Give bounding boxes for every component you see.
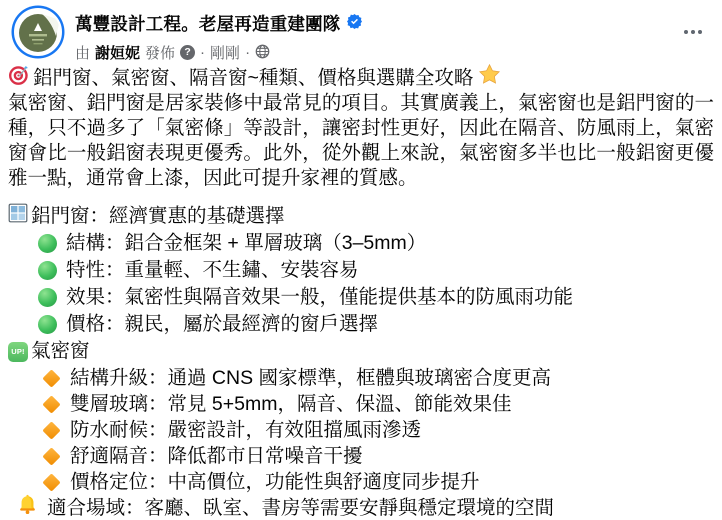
post-title-line: 鋁門窗、氣密窗、隔音窗~種類、價格與選購全攻略 <box>8 65 714 91</box>
dot-separator: · <box>245 44 250 61</box>
list-item-text: 價格定位：中高價位，功能性與舒適度同步提升 <box>70 470 480 495</box>
list-item-text: 防水耐候：嚴密設計，有效阻擋風雨滲透 <box>70 418 421 443</box>
post-byline: 由 謝姮妮 發佈 ? · 剛剛 · <box>75 42 362 63</box>
list-item: 結構：鋁合金框架 + 單層玻璃（3–5mm） <box>8 230 714 257</box>
list-item: 特性：重量輕、不生鏽、安裝容易 <box>8 257 714 284</box>
author-link[interactable]: 謝姮妮 <box>95 42 140 63</box>
orange-diamond-icon <box>42 473 60 491</box>
list-item: 適合場域：客廳、臥室、書房等需要安靜與穩定環境的空間 <box>8 495 714 520</box>
list-item: 雙層玻璃：常見 5+5mm，隔音、保溫、節能效果佳 <box>8 391 714 417</box>
list-item: 結構升級：通過 CNS 國家標準，框體與玻璃密合度更高 <box>8 365 714 391</box>
orange-diamond-icon <box>42 421 60 439</box>
section-aluminum-title: 鋁門窗：經濟實惠的基礎選擇 <box>31 204 285 229</box>
list-item: 價格：親民，屬於最經濟的窗戶選擇 <box>8 311 714 338</box>
green-circle-icon <box>38 288 57 307</box>
orange-diamond-icon <box>42 369 60 387</box>
list-item: 效果：氣密性與隔音效果一般，僅能提供基本的防風雨功能 <box>8 284 714 311</box>
bell-icon <box>17 494 38 520</box>
section-airtight-header: UP! 氣密窗 <box>8 338 714 365</box>
list-item-text: 效果：氣密性與隔音效果一般，僅能提供基本的防風雨功能 <box>66 285 573 310</box>
green-circle-icon <box>38 315 57 334</box>
list-item-text: 特性：重量輕、不生鏽、安裝容易 <box>66 258 359 283</box>
globe-privacy-icon <box>255 44 270 63</box>
page-avatar[interactable] <box>14 8 62 56</box>
window-icon <box>8 203 28 230</box>
verified-badge-icon <box>347 14 362 34</box>
star-icon <box>478 63 501 93</box>
list-item-text: 雙層玻璃：常見 5+5mm，隔音、保溫、節能效果佳 <box>70 392 511 417</box>
list-item: 價格定位：中高價位，功能性與舒適度同步提升 <box>8 469 714 495</box>
byline-prefix: 由 <box>75 42 90 63</box>
orange-diamond-icon <box>42 447 60 465</box>
post-content: 鋁門窗、氣密窗、隔音窗~種類、價格與選購全攻略 氣密窗、鋁門窗是居家裝修中最常見… <box>0 65 722 520</box>
facebook-post: 萬豐設計工程。老屋再造重建團隊 由 謝姮妮 發佈 ? · 剛剛 · <box>0 0 722 520</box>
dartboard-icon <box>8 64 30 93</box>
post-time[interactable]: 剛剛 <box>210 42 240 63</box>
list-item-text: 結構升級：通過 CNS 國家標準，框體與玻璃密合度更高 <box>70 366 551 391</box>
green-circle-icon <box>38 234 57 253</box>
anonymous-badge-icon[interactable]: ? <box>180 45 195 60</box>
header-text: 萬豐設計工程。老屋再造重建團隊 由 謝姮妮 發佈 ? · 剛剛 · <box>75 8 362 63</box>
page-name-row: 萬豐設計工程。老屋再造重建團隊 <box>75 11 362 36</box>
list-item-text: 舒適隔音：降低都市日常噪音干擾 <box>70 444 363 469</box>
up-button-icon: UP! <box>8 342 28 362</box>
post-header: 萬豐設計工程。老屋再造重建團隊 由 謝姮妮 發佈 ? · 剛剛 · <box>0 0 722 58</box>
post-title: 鋁門窗、氣密窗、隔音窗~種類、價格與選購全攻略 <box>33 66 473 91</box>
section-airtight-title: 氣密窗 <box>31 339 90 364</box>
list-item-text: 價格：親民，屬於最經濟的窗戶選擇 <box>66 312 378 337</box>
list-item: 防水耐候：嚴密設計，有效阻擋風雨滲透 <box>8 417 714 443</box>
list-item: 舒適隔音：降低都市日常噪音干擾 <box>8 443 714 469</box>
post-intro: 氣密窗、鋁門窗是居家裝修中最常見的項目。其實廣義上，氣密窗也是鋁門窗的一種，只不… <box>8 91 714 191</box>
orange-diamond-icon <box>42 395 60 413</box>
dot-separator: · <box>200 44 205 61</box>
page-name[interactable]: 萬豐設計工程。老屋再造重建團隊 <box>75 11 341 36</box>
list-item-text: 結構：鋁合金框架 + 單層玻璃（3–5mm） <box>66 231 426 256</box>
page-logo <box>16 10 60 54</box>
green-circle-icon <box>38 261 57 280</box>
more-options-button[interactable] <box>682 24 704 40</box>
section-aluminum-header: 鋁門窗：經濟實惠的基礎選擇 <box>8 203 714 230</box>
byline-suffix: 發佈 <box>145 42 175 63</box>
list-item-text: 適合場域：客廳、臥室、書房等需要安靜與穩定環境的空間 <box>47 496 554 520</box>
